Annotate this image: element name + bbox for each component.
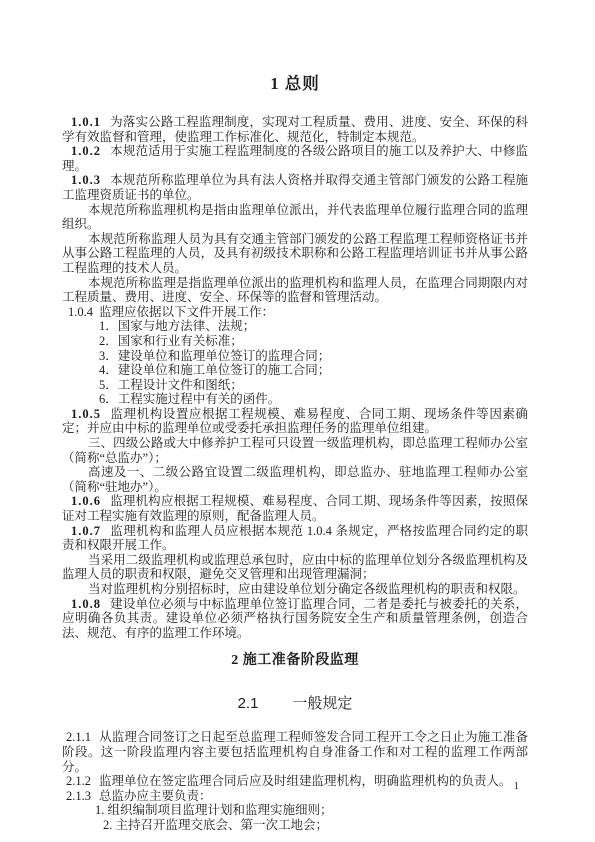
list-item-5: 5．工程设计文件和图纸； <box>62 378 528 393</box>
clause-1-0-5: 1.0.5监理机构设置应根据工程规模、难易程度、合同工期、现场条件等因素确定；并… <box>62 407 528 436</box>
list-item-1: 1. 组织编制项目监理计划和监理实施细则； <box>62 803 528 818</box>
clause-text: 监理机构应根据工程规模、难易程度、合同工期、现场条件等因素，按照保证对工程实施有… <box>62 494 528 523</box>
document-page: 1 总则 1.0.1为落实公路工程监理制度，实现对工程质量、费用、进度、安全、环… <box>0 0 595 842</box>
list-item-6: 6．工程实施过程中有关的函件。 <box>62 392 528 407</box>
list-item-1: 1．国家与地方法律、法规； <box>62 319 528 334</box>
list-item-3: 3．建设单位和监理单位签订的监理合同； <box>62 349 528 364</box>
clause-1-0-6: 1.0.6监理机构应根据工程规模、难易程度、合同工期、现场条件等因素，按照保证对… <box>62 494 528 523</box>
clause-number: 1.0.5 <box>71 407 101 421</box>
clause-text: 总监办应主要负责： <box>99 789 212 803</box>
clause-1-0-3-para-4: 本规范所称监理是指监理单位派出的监理机构和监理人员，在监理合同期限内对工程质量、… <box>62 276 528 305</box>
section-number: 2.1 <box>238 695 259 712</box>
clause-number: 1.0.1 <box>71 115 101 129</box>
clause-1-0-8: 1.0.8建设单位必须与中标监理单位签订监理合同，二者是委托与被委托的关系，应明… <box>62 597 528 641</box>
clause-number: 2.1.3 <box>66 789 91 803</box>
list-item-2: 2. 主持召开监理交底会、第一次工地会； <box>62 818 528 833</box>
list-item-2: 2．国家和行业有关标准； <box>62 334 528 349</box>
clause-number: 1.0.2 <box>71 144 101 158</box>
page-content: 1 总则 1.0.1为落实公路工程监理制度，实现对工程质量、费用、进度、安全、环… <box>62 70 528 833</box>
clause-text: 建设单位必须与中标监理单位签订监理合同，二者是委托与被委托的关系，应明确各负其责… <box>62 597 528 640</box>
clause-2-1-1: 2.1.1从监理合同签订之日起至总监理工程师签发合同工程开工令之日止为施工准备阶… <box>62 730 528 774</box>
clause-1-0-7: 1.0.7监理机构和监理人员应根据本规范 1.0.4 条规定，严格按监理合同约定… <box>62 524 528 553</box>
clause-number: 1.0.6 <box>71 494 101 508</box>
clause-1-0-3-para-3: 本规范所称监理人员为具有交通主管部门颁发的公路工程监理工程师资格证书并从事公路工… <box>62 232 528 276</box>
section-title: 一般规定 <box>292 695 352 712</box>
clause-1-0-2: 1.0.2本规范适用于实施工程监理制度的各级公路项目的施工以及养护大、中修监理。 <box>62 144 528 173</box>
clause-1-0-7-para-2: 当采用二级监理机构或监理总承包时，应由中标的监理单位划分各级监理机构及监理人员的… <box>62 553 528 582</box>
section-2-1-heading: 2.1一般规定 <box>62 692 528 713</box>
clause-text: 监理机构设置应根据工程规模、难易程度、合同工期、现场条件等因素确定；并应由中标的… <box>62 407 528 436</box>
clause-number: 1.0.7 <box>71 524 101 538</box>
clause-number: 2.1.1 <box>66 730 91 744</box>
list-item-4: 4．建设单位和施工单位签订的施工合同； <box>62 363 528 378</box>
clause-text: 本规范适用于实施工程监理制度的各级公路项目的施工以及养护大、中修监理。 <box>62 144 528 173</box>
clause-1-0-3: 1.0.3本规范所称监理单位为具有法人资格并取得交通主管部门颁发的公路工程施工监… <box>62 173 528 202</box>
chapter2-title: 2 施工准备阶段监理 <box>62 649 528 669</box>
clause-text: 为落实公路工程监理制度，实现对工程质量、费用、进度、安全、环保的科学有效监督和管… <box>62 115 528 144</box>
clause-text: 监理单位在签定监理合同后应及时组建监理机构，明确监理机构的负责人。 <box>99 774 512 788</box>
chapter1-title: 1 总则 <box>62 70 528 94</box>
page-number: 1 <box>514 780 520 792</box>
clause-number: 1.0.3 <box>71 173 101 187</box>
clause-1-0-1: 1.0.1为落实公路工程监理制度，实现对工程质量、费用、进度、安全、环保的科学有… <box>62 115 528 144</box>
clause-number: 1.0.4 <box>68 305 93 319</box>
clause-1-0-3-para-2: 本规范所称监理机构是指由监理单位派出，并代表监理单位履行监理合同的监理组织。 <box>62 203 528 232</box>
clause-text: 从监理合同签订之日起至总监理工程师签发合同工程开工令之日止为施工准备阶段。这一阶… <box>62 730 528 773</box>
clause-number: 2.1.2 <box>66 774 91 788</box>
clause-2-1-2: 2.1.2监理单位在签定监理合同后应及时组建监理机构，明确监理机构的负责人。 <box>62 774 528 789</box>
clause-number: 1.0.8 <box>71 597 101 611</box>
clause-1-0-4: 1.0.4监理应依据以下文件开展工作： <box>62 305 528 320</box>
clause-1-0-7-para-3: 当对监理机构分别招标时，应由建设单位划分确定各级监理机构的职责和权限。 <box>62 582 528 597</box>
clause-text: 本规范所称监理单位为具有法人资格并取得交通主管部门颁发的公路工程施工监理资质证书… <box>62 173 528 202</box>
clause-1-0-5-para-2: 三、四级公路或大中修养护工程可只设置一级监理机构，即总监理工程师办公室（简称“总… <box>62 436 528 465</box>
clause-text: 监理机构和监理人员应根据本规范 1.0.4 条规定，严格按监理合同约定的职责和权… <box>62 524 528 553</box>
clause-1-0-5-para-3: 高速及一、二级公路宜设置二级监理机构，即总监办、驻地监理工程师办公室（简称“驻地… <box>62 465 528 494</box>
clause-2-1-3: 2.1.3总监办应主要负责： <box>62 789 528 804</box>
clause-text: 监理应依据以下文件开展工作： <box>99 305 274 319</box>
